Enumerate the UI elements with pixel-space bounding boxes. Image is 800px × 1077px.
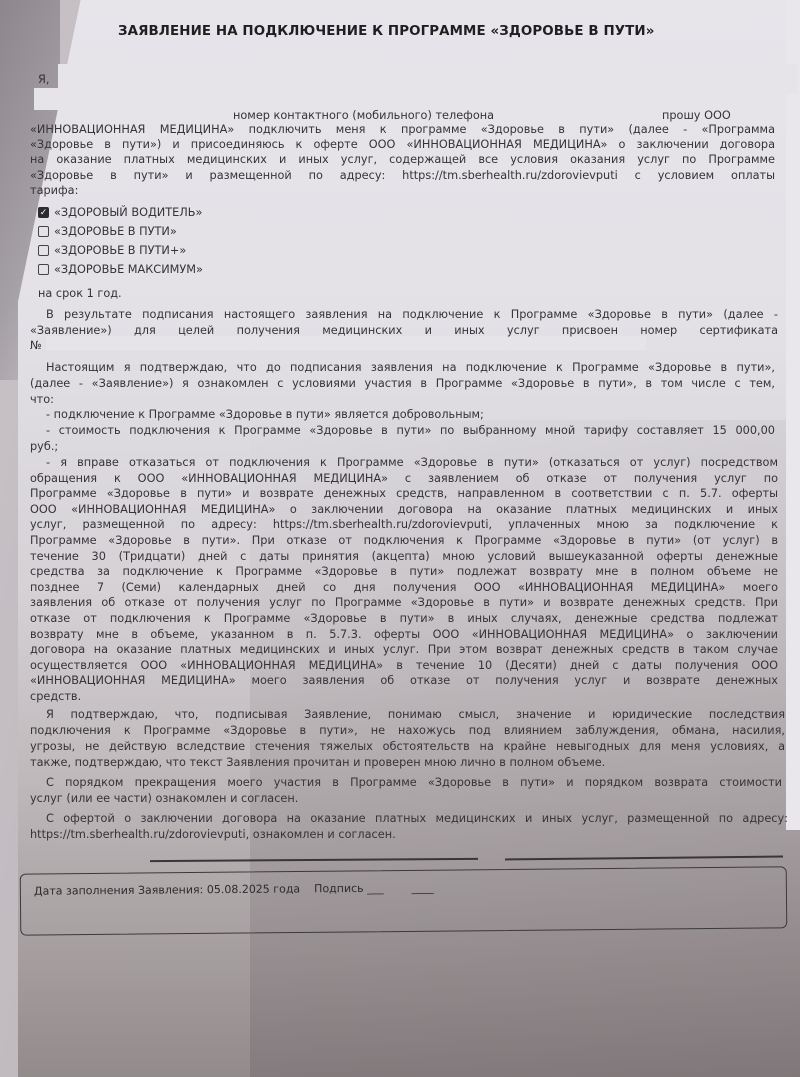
signature-field[interactable]: ___ ____ bbox=[367, 881, 434, 895]
paragraph-line: С офертой о заключении договора на оказа… bbox=[46, 812, 788, 826]
phone-label: номер контактного (мобильного) телефона bbox=[233, 109, 494, 123]
paragraph-line: позднее 7 (Семи) календарных дней со дня… bbox=[30, 581, 778, 595]
applicant-prefix: Я, bbox=[38, 73, 49, 87]
paragraph-line: - стоимость подключения к Программе «Здо… bbox=[46, 424, 775, 438]
paragraph-line: «ИННОВАЦИОННАЯ МЕДИЦИНА» моего заявления… bbox=[30, 674, 778, 688]
paragraph-line: «Здоровье в пути») и присоединяюсь к офе… bbox=[30, 138, 775, 152]
tariff-option[interactable]: ✓«ЗДОРОВЫЙ ВОДИТЕЛЬ» bbox=[38, 206, 202, 219]
paragraph-line: - подключение к Программе «Здоровье в пу… bbox=[46, 408, 775, 422]
paragraph-line: на оказание платных медицинских и иных у… bbox=[30, 153, 775, 167]
footer-box bbox=[20, 866, 788, 935]
paragraph-line: https://tm.sberhealth.ru/zdorovievputi, … bbox=[30, 828, 788, 842]
paragraph-line: возврату мне в объеме, указанном в п. 5.… bbox=[30, 628, 778, 642]
tariff-option[interactable]: «ЗДОРОВЬЕ В ПУТИ+» bbox=[38, 244, 186, 257]
background-edge bbox=[786, 0, 800, 830]
paragraph-line: заявления об отказе от получения услуг п… bbox=[30, 596, 778, 610]
paragraph-line: В результате подписания настоящего заявл… bbox=[46, 308, 778, 322]
paragraph-line: услуг (или ее части) ознакомлен и соглас… bbox=[30, 792, 782, 806]
document-title: ЗАЯВЛЕНИЕ НА ПОДКЛЮЧЕНИЕ К ПРОГРАММЕ «ЗД… bbox=[118, 24, 654, 39]
date-value: 05.08.2025 года bbox=[207, 882, 300, 896]
tariff-option[interactable]: «ЗДОРОВЬЕ МАКСИМУМ» bbox=[38, 263, 203, 276]
paragraph-line: Настоящим я подтверждаю, что до подписан… bbox=[46, 361, 775, 375]
paragraph-line: руб.; bbox=[30, 440, 775, 454]
paragraph-line: С порядком прекращения моего участия в П… bbox=[46, 776, 782, 790]
paragraph-line: «ИННОВАЦИОННАЯ МЕДИЦИНА» подключить меня… bbox=[30, 123, 775, 137]
paragraph-line: № bbox=[30, 339, 778, 353]
signature-label: Подпись bbox=[314, 882, 364, 895]
checkbox-empty-icon[interactable] bbox=[38, 264, 49, 275]
request-word: прошу ООО bbox=[662, 109, 731, 123]
paragraph-line: (далее - «Заявление») я ознакомлен с усл… bbox=[30, 377, 775, 391]
paragraph-line: ООО «ИННОВАЦИОННАЯ МЕДИЦИНА» о заключени… bbox=[30, 503, 778, 517]
paragraph-line: что: bbox=[30, 393, 775, 407]
tariff-option[interactable]: «ЗДОРОВЬЕ В ПУТИ» bbox=[38, 225, 177, 238]
paragraph-line: средств. bbox=[30, 690, 778, 704]
term-text: на срок 1 год. bbox=[38, 287, 122, 301]
paragraph-line: «Здоровье в пути» и размещенной по адрес… bbox=[30, 169, 775, 183]
paragraph-line: Программе «Здоровье в пути». При отказе … bbox=[30, 534, 778, 548]
tariff-label: «ЗДОРОВЬЕ В ПУТИ» bbox=[54, 225, 177, 238]
checkbox-empty-icon[interactable] bbox=[38, 245, 49, 256]
paragraph-line: осуществляется ООО «ИННОВАЦИОННАЯ МЕДИЦИ… bbox=[30, 659, 778, 673]
checkbox-empty-icon[interactable] bbox=[38, 226, 49, 237]
paragraph-line: Программе «Здоровье в пути» и возврате д… bbox=[30, 487, 778, 501]
tariff-label: «ЗДОРОВЬЕ МАКСИМУМ» bbox=[54, 263, 203, 276]
paragraph-line: Я подтверждаю, что, подписывая Заявление… bbox=[46, 708, 785, 722]
paragraph-line: также, подтверждаю, что текст Заявления … bbox=[30, 756, 785, 770]
paragraph-line: - я вправе отказаться от подключения к П… bbox=[46, 456, 778, 470]
paragraph-line: договора на оказание платных медицинских… bbox=[30, 643, 778, 657]
checkbox-checked-icon[interactable]: ✓ bbox=[38, 207, 49, 218]
redaction-phone bbox=[520, 105, 660, 119]
paragraph-line: подключения к Программе «Здоровье в пути… bbox=[30, 724, 785, 738]
paragraph-line: услуг, размещенной по адресу: https://tm… bbox=[30, 518, 778, 532]
tariff-label: «ЗДОРОВЬЕ В ПУТИ+» bbox=[54, 244, 186, 257]
date-label: Дата заполнения Заявления: bbox=[34, 883, 203, 897]
tariff-label: «ЗДОРОВЫЙ ВОДИТЕЛЬ» bbox=[54, 206, 202, 219]
paragraph-line: отказе от подключения к Программе «Здоро… bbox=[30, 612, 778, 626]
paragraph-line: тарифа: bbox=[30, 184, 775, 198]
paragraph-line: угрозы, не действую вследствие стечения … bbox=[30, 740, 785, 754]
paragraph-line: «Заявление») для целей получения медицин… bbox=[30, 324, 778, 338]
paragraph-line: течение 30 (Тридцати) дней с даты принят… bbox=[30, 550, 778, 564]
paragraph-line: обращения к ООО «ИННОВАЦИОННАЯ МЕДИЦИНА»… bbox=[30, 472, 778, 486]
paragraph-line: средства за подключение к Программе «Здо… bbox=[30, 565, 778, 579]
